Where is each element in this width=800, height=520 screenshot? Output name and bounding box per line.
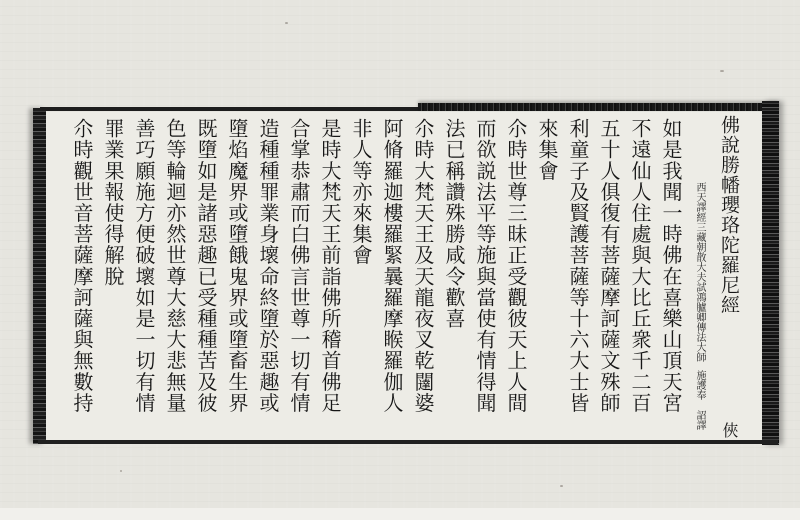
volume-mark: 俠 (713, 422, 745, 438)
translator-column: 西天譯經三藏朝散大夫試鴻臚卿傳法大師施護奉 詔譯 (686, 118, 713, 440)
text-column: 善巧願施方便破壞如是一切有情 (128, 118, 159, 440)
paper-speck (560, 485, 563, 487)
text-column: 墮焰魔界或墮餓鬼界或墮畜生界 (221, 118, 252, 440)
text-column: 阿脩羅迦樓羅緊曩羅摩睺羅伽人 (376, 118, 407, 440)
printed-text-block: 佛說勝幡瓔珞陀羅尼經 俠 西天譯經三藏朝散大夫試鴻臚卿傳法大師施護奉 詔譯 如是… (46, 112, 762, 440)
text-column: 造種種罪業身壞命終墮於惡趣或 (252, 118, 283, 440)
paper-speck (120, 470, 122, 472)
text-column: 不遠仙人住處與大比丘衆千二百 (624, 118, 655, 440)
paper-speck (285, 22, 288, 24)
text-column: 而欲説法平等施與當使有情得聞 (469, 118, 500, 440)
text-column: 既墮如是諸惡趣已受種種苦及彼 (190, 118, 221, 440)
paper-speck (720, 70, 724, 72)
text-column: 合掌恭肅而白佛言世尊一切有情 (283, 118, 314, 440)
text-column: 法已稱讚殊勝咸令歡喜 (438, 118, 469, 440)
frame-border-left (33, 108, 46, 444)
page-bottom-edge (0, 508, 800, 520)
text-column: 利童子及賢護菩薩等十六大士皆 (562, 118, 593, 440)
text-column: 來集會 (531, 118, 562, 440)
frame-border-right (762, 101, 779, 445)
title-column: 佛說勝幡瓔珞陀羅尼經 俠 (713, 118, 745, 440)
text-columns: 佛說勝幡瓔珞陀羅尼經 俠 西天譯經三藏朝散大夫試鴻臚卿傳法大師施護奉 詔譯 如是… (66, 118, 745, 440)
text-column: 是時大梵天王前詣佛所稽首佛足 (314, 118, 345, 440)
frame-border-top-thick (418, 103, 778, 111)
translator-office: 西天譯經三藏朝散大夫試鴻臚卿傳法大師 (694, 182, 705, 362)
frame-border-top (40, 107, 420, 111)
text-column: 尒時觀世音菩薩摩訶薩與無數持 (66, 118, 97, 440)
text-column: 如是我聞一時佛在喜樂山頂天宮 (655, 118, 686, 440)
sutra-title: 佛說勝幡瓔珞陀羅尼經 (713, 115, 745, 315)
text-column: 尒時世尊三昧正受觀彼天上人間 (500, 118, 531, 440)
text-column: 罪業果報使得解脫 (97, 118, 128, 440)
text-column: 非人等亦來集會 (345, 118, 376, 440)
frame-border-bottom (38, 440, 778, 444)
translator-name: 施護奉 詔譯 (694, 370, 705, 430)
spacer (699, 362, 700, 370)
text-column: 尒時大梵天王及天龍夜叉乾闥婆 (407, 118, 438, 440)
text-column: 五十人俱復有菩薩摩訶薩文殊師 (593, 118, 624, 440)
text-column: 色等輪迴亦然世尊大慈大悲無量 (159, 118, 190, 440)
